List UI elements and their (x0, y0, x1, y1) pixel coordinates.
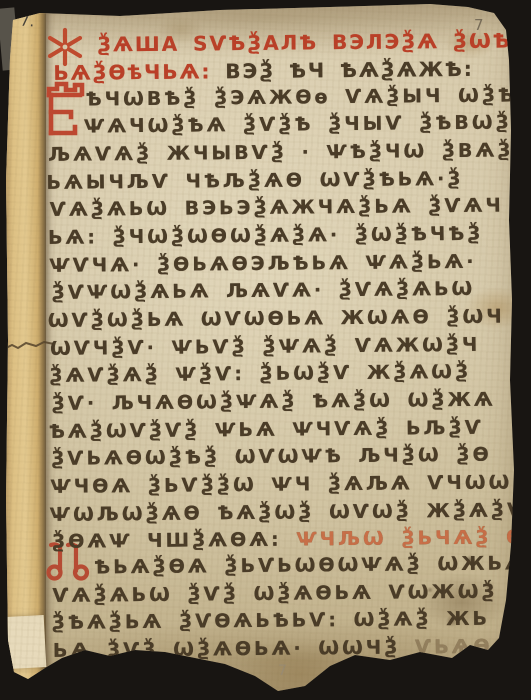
manuscript-line: ѰѴЧѦ· ѮѲЬѦѲЭЉѢЬѦ ѰѦѮЬѦ· (49, 251, 477, 277)
manuscript-line: ѠѴЧѮѴ· ѰЬѴѮ ѮѰѦѮ ѴѦЖѠѮЧ (50, 334, 480, 360)
manuscript-line: ѢЬѦѮѲѦ ѮЬѴЬѠѲѠѰѦѮ ѠЖЬѦѮѴ (94, 552, 531, 578)
manuscript-line-segment: ВЭѮ ѢЧ ѢѦѮѦЖѢ: (225, 57, 474, 83)
manuscript-line-segment: ѮѢѦѮЬѦ ѮѴѲѦЬѢЬѴ: ѠѮѦѮ ЖЬ (52, 608, 490, 634)
manuscript-line-segment: ѰЧЉѠ ѮЬЧѦѮ ѲѦ (296, 526, 531, 550)
manuscript-line-segment: ѰѦЧѠѮѢѦ ѮѴѮѢ ѮЧЫѴ ѮѢВѠѮ (84, 111, 512, 137)
manuscript-line-segment: ѠѴЧѮѴ· ѰЬѴѮ ѮѰѦѮ ѴѦЖѠѮЧ (50, 334, 480, 360)
manuscript-line: ѮѴ· ЉЧѦѲѠѮѰѦѮ ѢѦѮѠ ѠѮЖѦ (52, 389, 496, 415)
manuscript-line: ѴѦѮѦЬѠ ѮѴѮ ѠѮѦѲЬѦ ѴѠЖѠѮ (52, 581, 497, 607)
manuscript-line-segment: ѢЬѦѮѲѦ ѮЬѴЬѠѲѠѰѦѮ ѠЖЬѦѮѴ (94, 552, 531, 578)
manuscript-line-segment: ѴѦѮѦЬѠ ѮѴѮ ѠѮѦѲЬѦ ѴѠЖѠѮ (52, 581, 497, 607)
parchment-page: 7. 7 7 ѮѦША ЅѴѢѮАЛѢ ВЭЛЭѮѦ ѮѠѢ ЖѦ ЬѦѮѲѣЧ… (0, 0, 531, 700)
manuscript-line-segment: ѢѦѮѠѴѮѴѮ ѰЬѦ ѰЧѴѦѮ ЬЉѮѴ (49, 417, 484, 443)
manuscript-line: ѰЧѲѦ ѮЬѴѮѮѠ ѰЧ ѮѦЉѦ ѴЧѠѠ (50, 471, 512, 497)
manuscript-line: ѮѦѴѮѦѮ ѰѮѴ: ѮЬѠѮѴ ЖѮѦѠѮ (49, 361, 471, 387)
manuscript-line: ѮѢѦѮЬѦ ѮѴѲѦЬѢЬѴ: ѠѮѦѮ ЖЬ (52, 608, 490, 634)
manuscript-line-segment: ѰЧѲѦ ѮЬѴѮѮѠ ѰЧ ѮѦЉѦ ѴЧѠѠ (50, 471, 512, 497)
manuscript-line-segment: ѴѦѮѦЬѠ ВЭЬЭѮѦЖЧѦѮЬѦ ѮѴѦЧ (50, 195, 504, 221)
manuscript-line-segment: ѮѦѴѮѦѮ ѰѮѴ: ѮЬѠѮѴ ЖѮѦѠѮ (49, 361, 471, 387)
manuscript-line-segment: ЉѦѴѦѮ ЖЧЫВѴѮ · ѰѢѮЧѠ ѮВѦѮ (48, 139, 514, 165)
manuscript-line-segment: ѮѦША ЅѴѢѮАЛѢ ВЭЛЭѮѦ ѮѠѢ ЖѦ (97, 28, 531, 57)
manuscript-line: ѰѦЧѠѮѢѦ ѮѴѮѢ ѮЧЫѴ ѮѢВѠѮ (84, 111, 512, 137)
manuscript-line: ѮѦША ЅѴѢѮАЛѢ ВЭЛЭѮѦ ѮѠѢ ЖѦ (97, 28, 531, 57)
manuscript-line: ѮѴЬѦѲѠѮѢѮ ѠѴѠѰѢ ЉЧѮѠ ѮѲ (51, 444, 492, 470)
manuscript-line-segment: ЬѦ ѮѴѮ ѠѮѦѲЬѦ· ѠѠЧѮ (53, 636, 415, 661)
manuscript-line-segment: ЬѦѮѲѣЧЬѦ: (53, 59, 225, 85)
manuscript-line-segment: ѠѴѮѠѮЬѦ ѠѴѠѲЬѦ ЖѠѦѲ ѮѠЧ (48, 306, 505, 332)
manuscript-line: ЬѦѮѲѣЧЬѦ: ВЭѮ ѢЧ ѢѦѮѦЖѢ: (53, 57, 474, 85)
manuscript-line-segment: ѮѴѰѠѮѦЬѦ ЉѦѴѦ· ѮѴѦѮѦЬѠ (51, 278, 475, 304)
manuscript-line: ЬѦЫЧЉѴ ЧѢЉѮѦѲ ѠѴѮѢЬѦ·Ѯ (46, 168, 463, 194)
manuscript-line: ѮѲѦѰ ЧШѮѦѲѦ: ѰЧЉѠ ѮЬЧѦѮ ѲѦ (52, 526, 531, 553)
manuscript-photo: 7. 7 7 ѮѦША ЅѴѢѮАЛѢ ВЭЛЭѮѦ ѮѠѢ ЖѦ ЬѦѮѲѣЧ… (0, 0, 531, 700)
manuscript-line: ЬѦ ѮѴѮ ѠѮѦѲЬѦ· ѠѠЧѮ ѴЬѦѲ (53, 636, 493, 662)
manuscript-line: ЉѦѴѦѮ ЖЧЫВѴѮ · ѰѢѮЧѠ ѮВѦѮ (48, 139, 514, 165)
manuscript-line-segment: ЬѦ: ѮЧѠѮѠѲѠѮѦѮѦ· ѮѠѮѢЧѢѮ (48, 223, 484, 249)
manuscript-line-segment: ѢЧѠВѢѮ ѮЭѦЖѲѳ ѴѦѮЫЧ ѠѮѢВ (86, 84, 531, 110)
manuscript-line: ѠѴѮѠѮЬѦ ѠѴѠѲЬѦ ЖѠѦѲ ѮѠЧ (48, 306, 505, 332)
manuscript-line-segment: ѰѴЧѦ· ѮѲЬѦѲЭЉѢЬѦ ѰѦѮЬѦ· (49, 251, 477, 277)
manuscript-line: ѴѦѮѦЬѠ ВЭЬЭѮѦЖЧѦѮЬѦ ѮѴѦЧ (50, 195, 504, 221)
manuscript-line-segment: ѮѴ· ЉЧѦѲѠѮѰѦѮ ѢѦѮѠ ѠѮЖѦ (52, 389, 496, 415)
manuscript-text-block: ѮѦША ЅѴѢѮАЛѢ ВЭЛЭѮѦ ѮѠѢ ЖѦ ЬѦѮѲѣЧЬѦ: ВЭѮ… (0, 0, 531, 700)
manuscript-line: ѢѦѮѠѴѮѴѮ ѰЬѦ ѰЧѴѦѮ ЬЉѮѴ (49, 417, 484, 443)
manuscript-line-segment: ѴЬѦѲ (415, 636, 493, 659)
manuscript-line-segment: ѮѲѦѰ ЧШѮѦѲѦ: (52, 529, 297, 553)
manuscript-line: ѮѴѰѠѮѦЬѦ ЉѦѴѦ· ѮѴѦѮѦЬѠ (51, 278, 475, 304)
manuscript-line: ЬѦ: ѮЧѠѮѠѲѠѮѦѮѦ· ѮѠѮѢЧѢѮ (48, 223, 484, 249)
manuscript-line-segment: ѮѴЬѦѲѠѮѢѮ ѠѴѠѰѢ ЉЧѮѠ ѮѲ (51, 444, 492, 470)
manuscript-line-segment: ѰѠЉѠѮѦѲ ѢѦѮѠѮ ѠѴѠѮ ЖѮѦѮѴ:· (50, 499, 531, 526)
manuscript-line-segment: ЬѦЫЧЉѴ ЧѢЉѮѦѲ ѠѴѮѢЬѦ·Ѯ (46, 168, 463, 194)
manuscript-line: ѰѠЉѠѮѦѲ ѢѦѮѠѮ ѠѴѠѮ ЖѮѦѮѴ:· (50, 499, 531, 526)
manuscript-line: ѢЧѠВѢѮ ѮЭѦЖѲѳ ѴѦѮЫЧ ѠѮѢВ (86, 84, 531, 110)
